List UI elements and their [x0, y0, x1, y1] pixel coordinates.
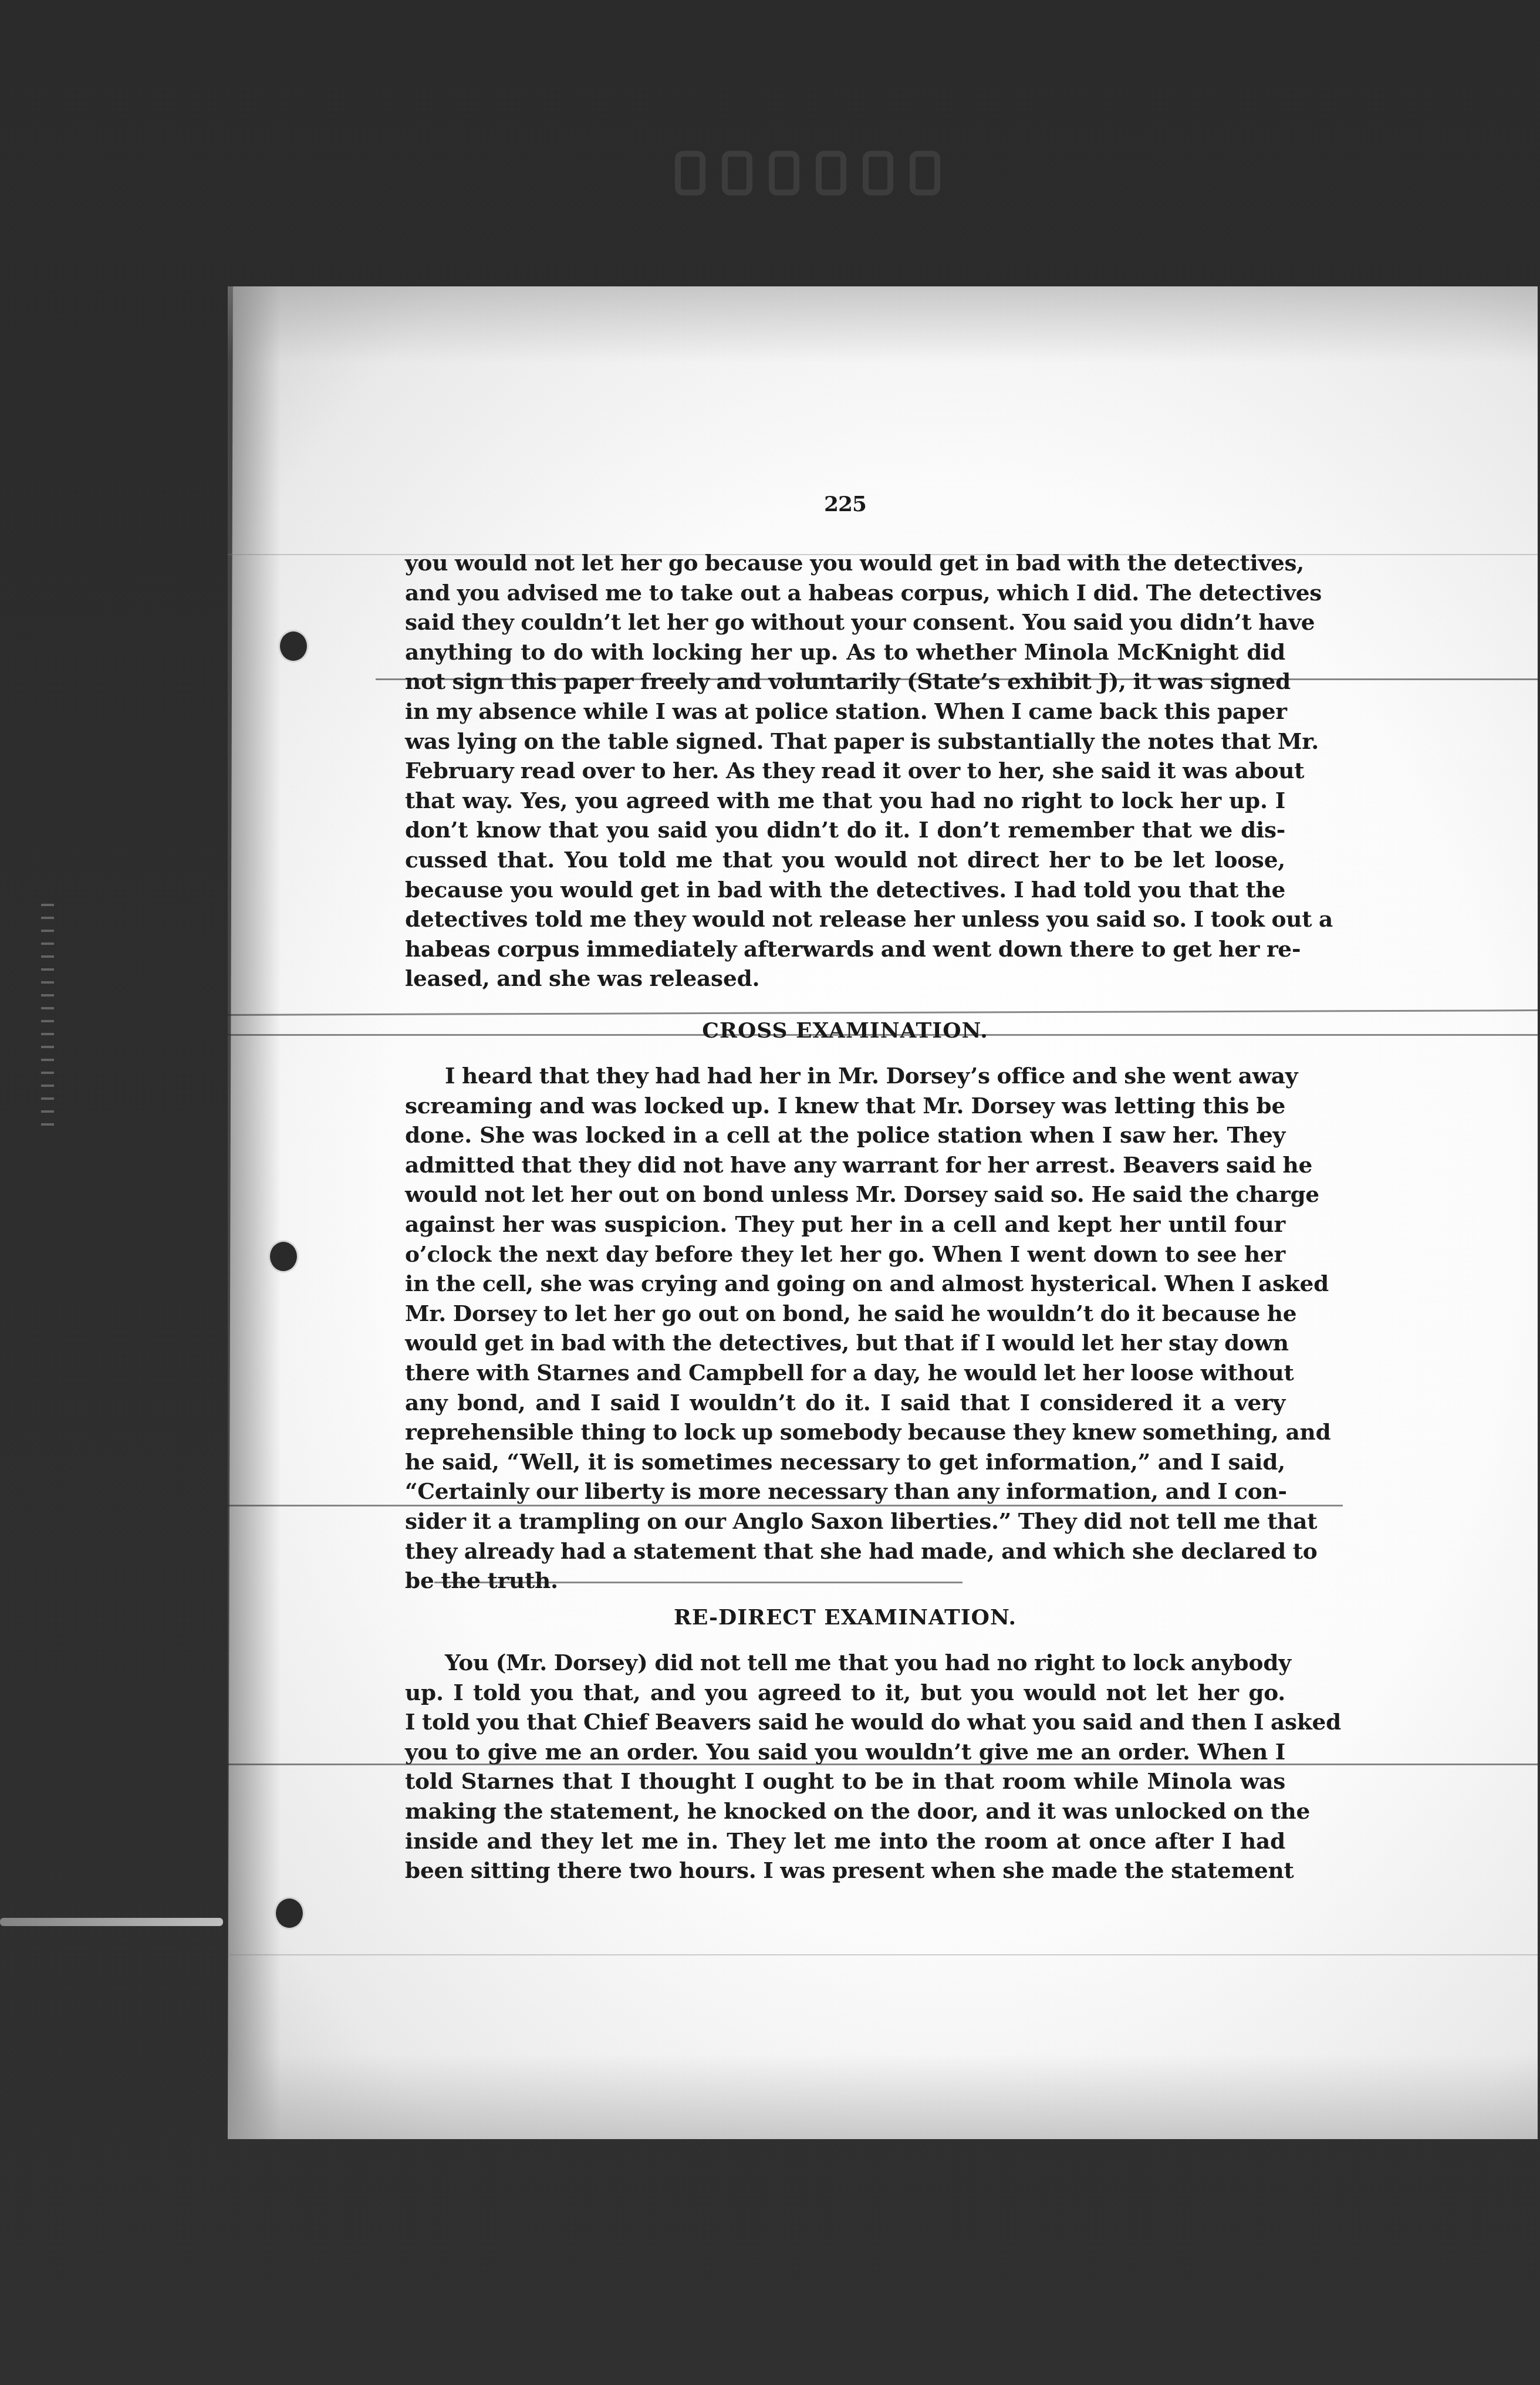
text-line: was lying on the table signed. That pape… [405, 727, 1285, 756]
text-line: not sign this paper freely and voluntari… [405, 667, 1285, 697]
text-line: I heard that they had had her in Mr. Dor… [405, 1061, 1285, 1091]
text-line: don’t know that you said you didn’t do i… [405, 815, 1285, 845]
text-line: been sitting there two hours. I was pres… [405, 1856, 1285, 1886]
testimony-paragraph: you would not let her go because you wou… [405, 548, 1285, 994]
cross-examination-heading: CROSS EXAMINATION. [405, 1018, 1285, 1043]
text-line: making the statement, he knocked on the … [405, 1796, 1285, 1826]
text-line: screaming and was locked up. I knew that… [405, 1091, 1285, 1121]
cross-examination-paragraph: I heard that they had had her in Mr. Dor… [405, 1061, 1285, 1596]
text-line: habeas corpus immediately afterwards and… [405, 934, 1285, 964]
film-reflection-marks [675, 147, 968, 200]
text-line: leased, and she was released. [405, 964, 1285, 994]
film-scratch [228, 1954, 1538, 1955]
text-line: anything to do with locking her up. As t… [405, 637, 1285, 667]
hole-punch-middle [270, 1242, 297, 1271]
text-line: any bond, and I said I wouldn’t do it. I… [405, 1388, 1285, 1418]
hole-punch-top [280, 631, 307, 661]
text-line: reprehensible thing to lock up somebody … [405, 1417, 1285, 1447]
text-line: would get in bad with the detectives, bu… [405, 1328, 1285, 1358]
text-line: in the cell, she was crying and going on… [405, 1269, 1285, 1299]
text-line: and you advised me to take out a habeas … [405, 578, 1285, 608]
text-line: in my absence while I was at police stat… [405, 697, 1285, 727]
text-line: cussed that. You told me that you would … [405, 845, 1285, 875]
page-shadow-bottom [228, 2054, 1538, 2139]
text-line: told Starnes that I thought I ought to b… [405, 1766, 1285, 1796]
text-line: February read over to her. As they read … [405, 756, 1285, 786]
text-line: sider it a trampling on our Anglo Saxon … [405, 1506, 1285, 1536]
text-line: you to give me an order. You said you wo… [405, 1737, 1285, 1767]
text-line: be the truth. [405, 1566, 1285, 1596]
page-number: 225 [822, 492, 869, 516]
text-line: up. I told you that, and you agreed to i… [405, 1678, 1285, 1708]
text-line: detectives told me they would not releas… [405, 904, 1285, 934]
page-shadow-left [228, 286, 281, 2139]
text-line: admitted that they did not have any warr… [405, 1150, 1285, 1180]
text-line: done. She was locked in a cell at the po… [405, 1120, 1285, 1150]
text-line: because you would get in bad with the de… [405, 875, 1285, 905]
redirect-examination-heading: RE-DIRECT EXAMINATION. [405, 1605, 1285, 1630]
text-line: that way. Yes, you agreed with me that y… [405, 786, 1285, 816]
text-line: I told you that Chief Beavers said he wo… [405, 1707, 1285, 1737]
text-line: would not let her out on bond unless Mr.… [405, 1180, 1285, 1210]
text-line: they already had a statement that she ha… [405, 1536, 1285, 1566]
page-shadow-top [228, 286, 1538, 363]
text-line: there with Starnes and Campbell for a da… [405, 1358, 1285, 1388]
text-line: he said, “Well, it is sometimes necessar… [405, 1447, 1285, 1477]
redirect-examination-paragraph: You (Mr. Dorsey) did not tell me that yo… [405, 1648, 1285, 1886]
text-line: You (Mr. Dorsey) did not tell me that yo… [405, 1648, 1285, 1678]
text-line: o’clock the next day before they let her… [405, 1239, 1285, 1269]
text-line: you would not let her go because you wou… [405, 548, 1285, 578]
text-line: said they couldn’t let her go without yo… [405, 607, 1285, 637]
film-edge-noise [41, 904, 54, 1127]
text-line: “Certainly our liberty is more necessary… [405, 1477, 1285, 1506]
text-line: against her was suspicion. They put her … [405, 1210, 1285, 1239]
text-line: inside and they let me in. They let me i… [405, 1826, 1285, 1856]
text-line: Mr. Dorsey to let her go out on bond, he… [405, 1299, 1285, 1329]
hole-punch-bottom [276, 1898, 303, 1928]
film-light-streak [0, 1918, 223, 1926]
